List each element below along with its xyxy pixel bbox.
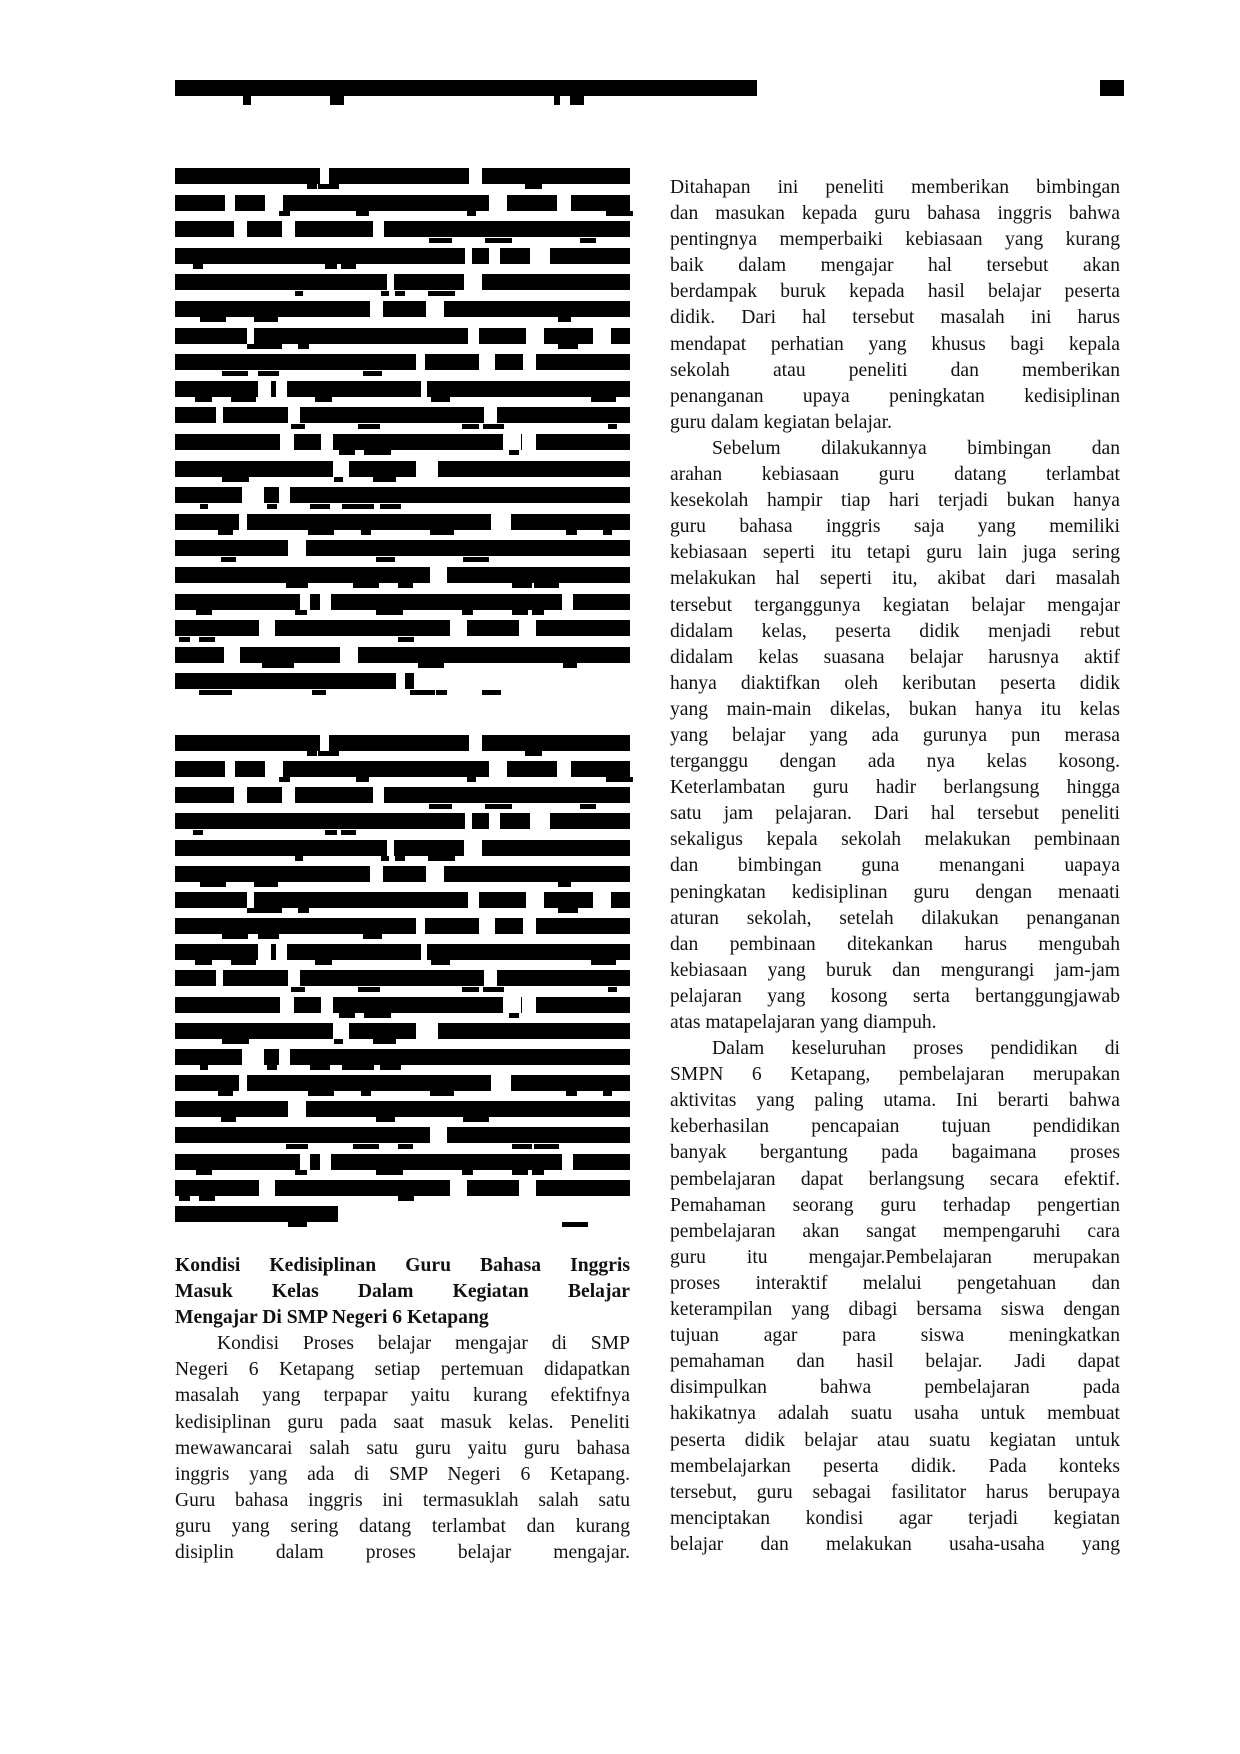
paragraph-line: kesekolah hampir tiap hari terjadi bukan… [670,488,1120,514]
paragraph-line: disimpulkan bahwa pembelajaran pada [670,1375,1120,1401]
paragraph-line: sekaligus kepala sekolah melakukan pembi… [670,827,1120,853]
paragraph-line: tersebut terganggunya kegiatan belajar m… [670,593,1120,619]
paragraph-line: belajar dan melakukan usaha-usaha yang [670,1532,1120,1558]
paragraph-line: guru dalam kegiatan belajar. [670,410,1120,436]
paragraph-line: peningkatan kedisiplinan guru dengan men… [670,880,1120,906]
paragraph-line: inggris yang ada di SMP Negeri 6 Ketapan… [175,1462,630,1488]
paragraph-line: hanya diaktifkan oleh keributan peserta … [670,671,1120,697]
paragraph-line: peserta didik belajar atau suatu kegiata… [670,1428,1120,1454]
right-column-text: Ditahapan ini peneliti memberikan bimbin… [670,175,1120,1558]
paragraph-line: didik. Dari hal tersebut masalah ini har… [670,305,1120,331]
paragraph-line: baik dalam mengajar hal tersebut akan [670,253,1120,279]
paragraph-line: tujuan agar para siswa meningkatkan [670,1323,1120,1349]
paragraph: Dalam keseluruhan proses pendidikan diSM… [670,1036,1120,1558]
paragraph-line: atas matapelajaran yang diampuh. [670,1010,1120,1036]
paragraph-line: SMPN 6 Ketapang, pembelajaran merupakan [670,1062,1120,1088]
paragraph-line: pembelajaran dapat berlangsung secara ef… [670,1167,1120,1193]
heading-line: Kondisi Kedisiplinan Guru Bahasa Inggris [175,1253,630,1279]
paragraph-line: membelajarkan peserta didik. Pada kontek… [670,1454,1120,1480]
page-number-redacted [1100,80,1124,96]
paragraph-line: keterampilan yang dibagi bersama siswa d… [670,1297,1120,1323]
paragraph-line: mewawancarai salah satu guru yaitu guru … [175,1436,630,1462]
heading-line: Masuk Kelas Dalam Kegiatan Belajar [175,1279,630,1305]
paragraph-line: guru yang sering datang terlambat dan ku… [175,1514,630,1540]
paragraph-line: Keterlambatan guru hadir berlangsung hin… [670,775,1120,801]
paragraph-line: banyak bergantung pada bagaimana proses [670,1140,1120,1166]
paragraph-line: pembelajaran akan sangat mempengaruhi ca… [670,1219,1120,1245]
paragraph-line: dan bimbingan guna menangani uapaya [670,853,1120,879]
paragraph-line: Ditahapan ini peneliti memberikan bimbin… [670,175,1120,201]
paragraph-line: penanganan upaya peningkatan kedisiplina… [670,384,1120,410]
paragraph-line: Pemahaman seorang guru terhadap pengerti… [670,1193,1120,1219]
paragraph-line: Sebelum dilakukannya bimbingan dan [670,436,1120,462]
paragraph-line: yang belajar yang ada gurunya pun merasa [670,723,1120,749]
redacted-paragraph-2 [175,735,630,1232]
paragraph-line: hakikatnya adalah suatu usaha untuk memb… [670,1401,1120,1427]
paragraph-line: terganggu dengan ada nya kelas kosong. [670,749,1120,775]
paragraph-line: kebiasaan yang buruk dan mengurangi jam-… [670,958,1120,984]
paragraph-line: keberhasilan pencapaian tujuan pendidika… [670,1114,1120,1140]
paragraph-line: satu jam pelajaran. Dari hal tersebut pe… [670,801,1120,827]
paragraph-line: pentingnya memperbaiki kebiasaan yang ku… [670,227,1120,253]
paragraph-line: dan pembinaan ditekankan harus mengubah [670,932,1120,958]
paragraph-line: sekolah atau peneliti dan memberikan [670,358,1120,384]
redacted-paragraph-1 [175,168,630,700]
paragraph-line: proses interaktif melalui pengetahuan da… [670,1271,1120,1297]
paragraph: Kondisi Proses belajar mengajar di SMPNe… [175,1331,630,1566]
paragraph-line: Negeri 6 Ketapang setiap pertemuan didap… [175,1357,630,1383]
paragraph-line: didalam kelas, peserta didik menjadi reb… [670,619,1120,645]
paragraph-line: pemahaman dan hasil belajar. Jadi dapat [670,1349,1120,1375]
paragraph-line: guru bahasa inggris saja yang memiliki [670,514,1120,540]
running-header-redacted-descender [554,96,560,105]
paragraph-line: mendapat perhatian yang khusus bagi kepa… [670,332,1120,358]
paragraph-line: menciptakan kondisi agar terjadi kegiata… [670,1506,1120,1532]
heading-line: Mengajar Di SMP Negeri 6 Ketapang [175,1305,630,1331]
paragraph-line: yang main-main dikelas, bukan hanya itu … [670,697,1120,723]
paragraph-line: arahan kebiasaan guru datang terlambat [670,462,1120,488]
paragraph-line: kebiasaan seperti itu tetapi guru lain j… [670,540,1120,566]
paragraph-line: didalam kelas suasana belajar harusnya a… [670,645,1120,671]
paragraph-line: aktivitas yang paling utama. Ini berarti… [670,1088,1120,1114]
paragraph-line: Dalam keseluruhan proses pendidikan di [670,1036,1120,1062]
paragraph-line: guru itu mengajar.Pembelajaran merupakan [670,1245,1120,1271]
paragraph-line: berdampak buruk kepada hasil belajar pes… [670,279,1120,305]
running-header-redacted-descender [330,96,344,105]
paragraph-line: tersebut, guru sebagai fasilitator harus… [670,1480,1120,1506]
paragraph: Ditahapan ini peneliti memberikan bimbin… [670,175,1120,436]
section-heading: Kondisi Kedisiplinan Guru Bahasa Inggris… [175,1253,630,1331]
running-header-redacted [175,80,757,96]
paragraph-line: pelajaran yang kosong serta bertanggungj… [670,984,1120,1010]
paragraph-line: Guru bahasa inggris ini termasuklah sala… [175,1488,630,1514]
paragraph-line: kedisiplinan guru pada saat masuk kelas.… [175,1410,630,1436]
paragraph-line: disiplin dalam proses belajar mengajar. [175,1540,630,1566]
paragraph: Sebelum dilakukannya bimbingan danarahan… [670,436,1120,1036]
paragraph-line: Kondisi Proses belajar mengajar di SMP [175,1331,630,1357]
running-header-redacted-descender [570,96,584,105]
paragraph-line: melakukan hal seperti itu, akibat dari m… [670,566,1120,592]
paragraph-line: aturan sekolah, setelah dilakukan penang… [670,906,1120,932]
running-header-redacted-descender [243,96,251,105]
left-column-text: Kondisi Kedisiplinan Guru Bahasa Inggris… [175,1253,630,1566]
paragraph-line: masalah yang terpapar yaitu kurang efekt… [175,1383,630,1409]
paragraph-line: dan masukan kepada guru bahasa inggris b… [670,201,1120,227]
